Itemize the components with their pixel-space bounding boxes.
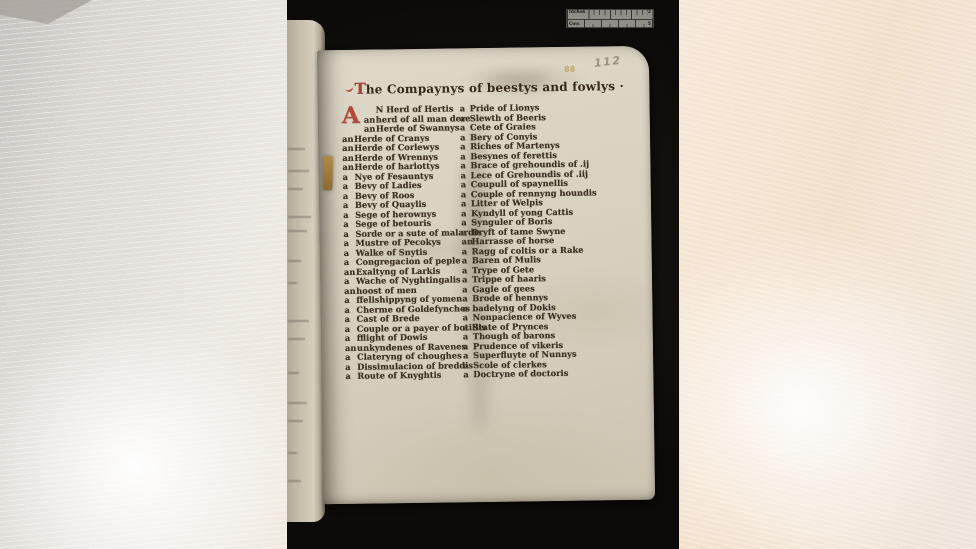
- ghost-text-line: [288, 188, 303, 190]
- ghost-text-line: [288, 282, 297, 284]
- rubricated-dropcap: A: [342, 106, 364, 126]
- ghost-text-line: [288, 480, 301, 482]
- collective-nouns-columns: A N Herd of Hertisanherd of all man dere…: [342, 102, 642, 382]
- ruler-cms-end: 5: [647, 23, 652, 28]
- ruler-inches-scale: Inches 2: [567, 10, 653, 20]
- manuscript-page: 112 88 The Compaynys of beestys and fowl…: [317, 46, 655, 505]
- manuscript-photograph: Inches 2 Cms 5 112 88 The Compaynys of b…: [287, 0, 679, 549]
- ruler-cms-label: Cms: [568, 23, 581, 28]
- ghost-text-line: [288, 216, 311, 218]
- ghost-text-line: [288, 148, 305, 150]
- ghost-text-line: [288, 452, 297, 454]
- heading-rubricated-initial: T: [354, 80, 366, 98]
- ghost-text-line: [288, 170, 309, 172]
- leather-gutter-tab: [323, 156, 333, 190]
- news-image-canvas: Inches 2 Cms 5 112 88 The Compaynys of b…: [0, 0, 976, 549]
- ghost-text-line: [288, 338, 305, 340]
- collective-noun-term: Route of Knyghtis: [357, 370, 441, 381]
- ruler-cms-scale: Cms 5: [567, 20, 653, 29]
- red-flourish-icon: [344, 82, 354, 93]
- right-column: aPride of LionysaSlewth of BeerisaCete o…: [460, 102, 642, 380]
- article-prefix: a: [345, 372, 357, 382]
- collective-noun-term: Doctryne of doctoris: [473, 368, 568, 379]
- shelfmark-ink: 88: [564, 65, 575, 74]
- ghost-text-line: [288, 260, 301, 262]
- collective-noun-line: aRoute of Knyghtis: [345, 370, 463, 381]
- ruler-inches-label: Inches: [568, 11, 586, 16]
- heading-text: he Compaynys of beestys and fowlys ·: [366, 79, 624, 97]
- background-glow-left: [0, 310, 300, 549]
- left-column: A N Herd of Hertisanherd of all man dere…: [342, 104, 464, 381]
- collective-noun-line: aDoctryne of doctoris: [463, 368, 641, 380]
- ghost-text-line: [288, 320, 309, 322]
- measurement-ruler: Inches 2 Cms 5: [566, 9, 654, 28]
- ruler-inches-end: 2: [647, 11, 652, 16]
- ghost-text-line: [288, 420, 303, 422]
- article-prefix: a: [463, 370, 473, 380]
- ghost-text-line: [288, 372, 299, 374]
- folio-number-pencil: 112: [593, 54, 622, 70]
- background-glow-right: [680, 230, 976, 549]
- ghost-text-line: [288, 230, 307, 232]
- page-heading: The Compaynys of beestys and fowlys ·: [345, 76, 624, 98]
- ghost-text-line: [288, 402, 307, 404]
